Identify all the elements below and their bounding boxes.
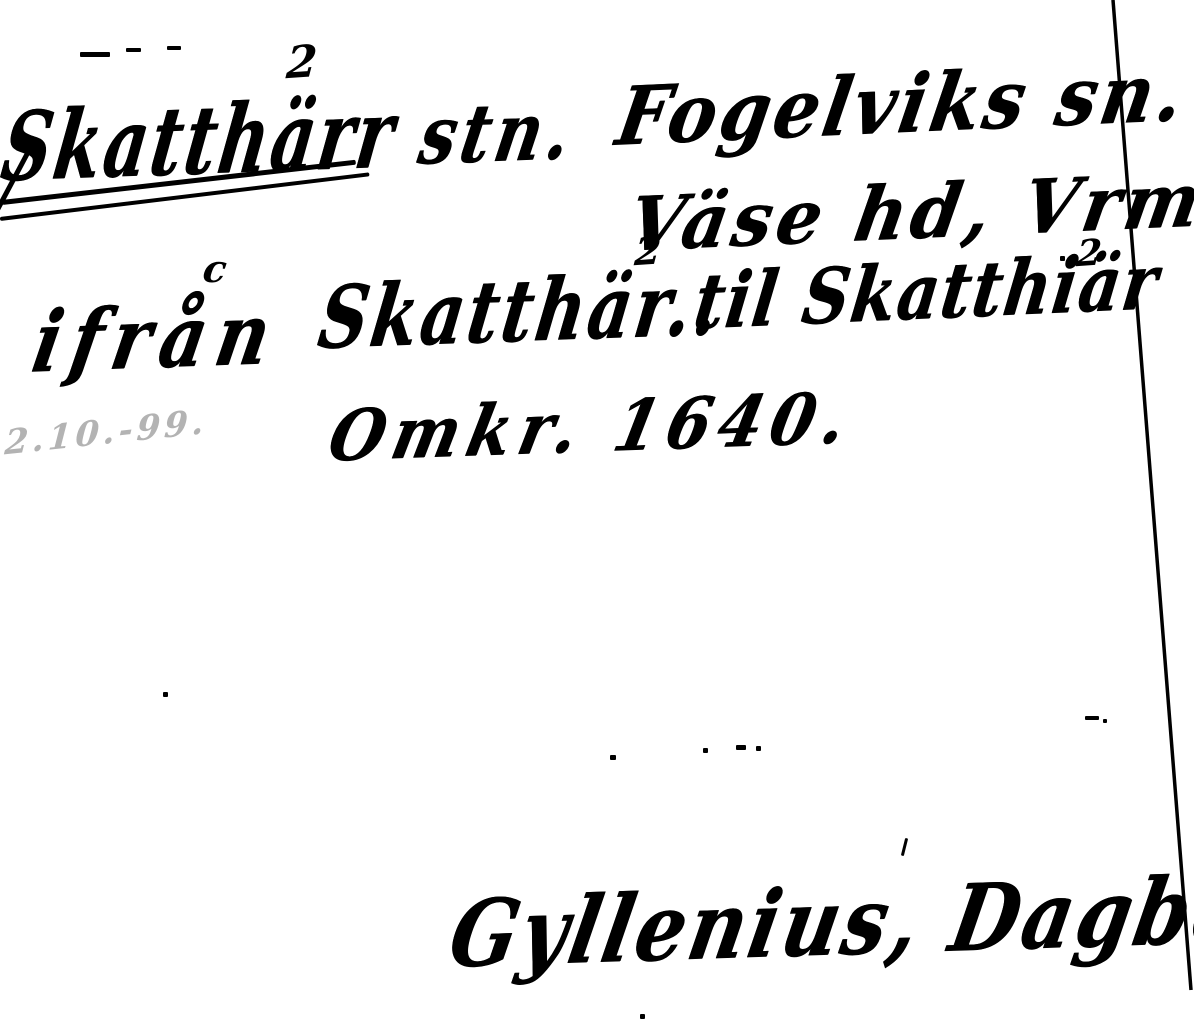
note-card: Skatthärr 2 stn. Fogelviks sn. Väse hd, … xyxy=(0,0,1194,1024)
parish-name: Fogelviks sn. xyxy=(612,51,1193,156)
ink-speck xyxy=(1085,716,1099,720)
ink-speck xyxy=(703,748,708,753)
ink-speck xyxy=(126,48,141,52)
headword-superscript-mark: 2 xyxy=(285,40,319,86)
name-form-1: Skatthär.. xyxy=(314,261,727,361)
ink-speck xyxy=(80,52,110,57)
ink-speck xyxy=(756,746,761,751)
ink-speck xyxy=(167,46,181,50)
ink-speck xyxy=(1060,256,1065,261)
ink-speck xyxy=(640,1014,645,1019)
name-form-2-superscript-mark: 2 xyxy=(1075,234,1103,272)
ink-speck xyxy=(1103,719,1107,723)
ink-speck xyxy=(610,755,616,760)
feature-abbreviation: stn. xyxy=(414,90,582,176)
from-word: ifrån xyxy=(27,291,286,384)
ink-speck xyxy=(736,745,746,750)
date-note: Omkr. 1640. xyxy=(323,383,861,472)
ink-speck xyxy=(163,692,168,697)
source-citation: Gyllenius, Dagbok. xyxy=(443,860,1194,980)
name-form-1-superscript-mark: 2 xyxy=(633,231,662,271)
